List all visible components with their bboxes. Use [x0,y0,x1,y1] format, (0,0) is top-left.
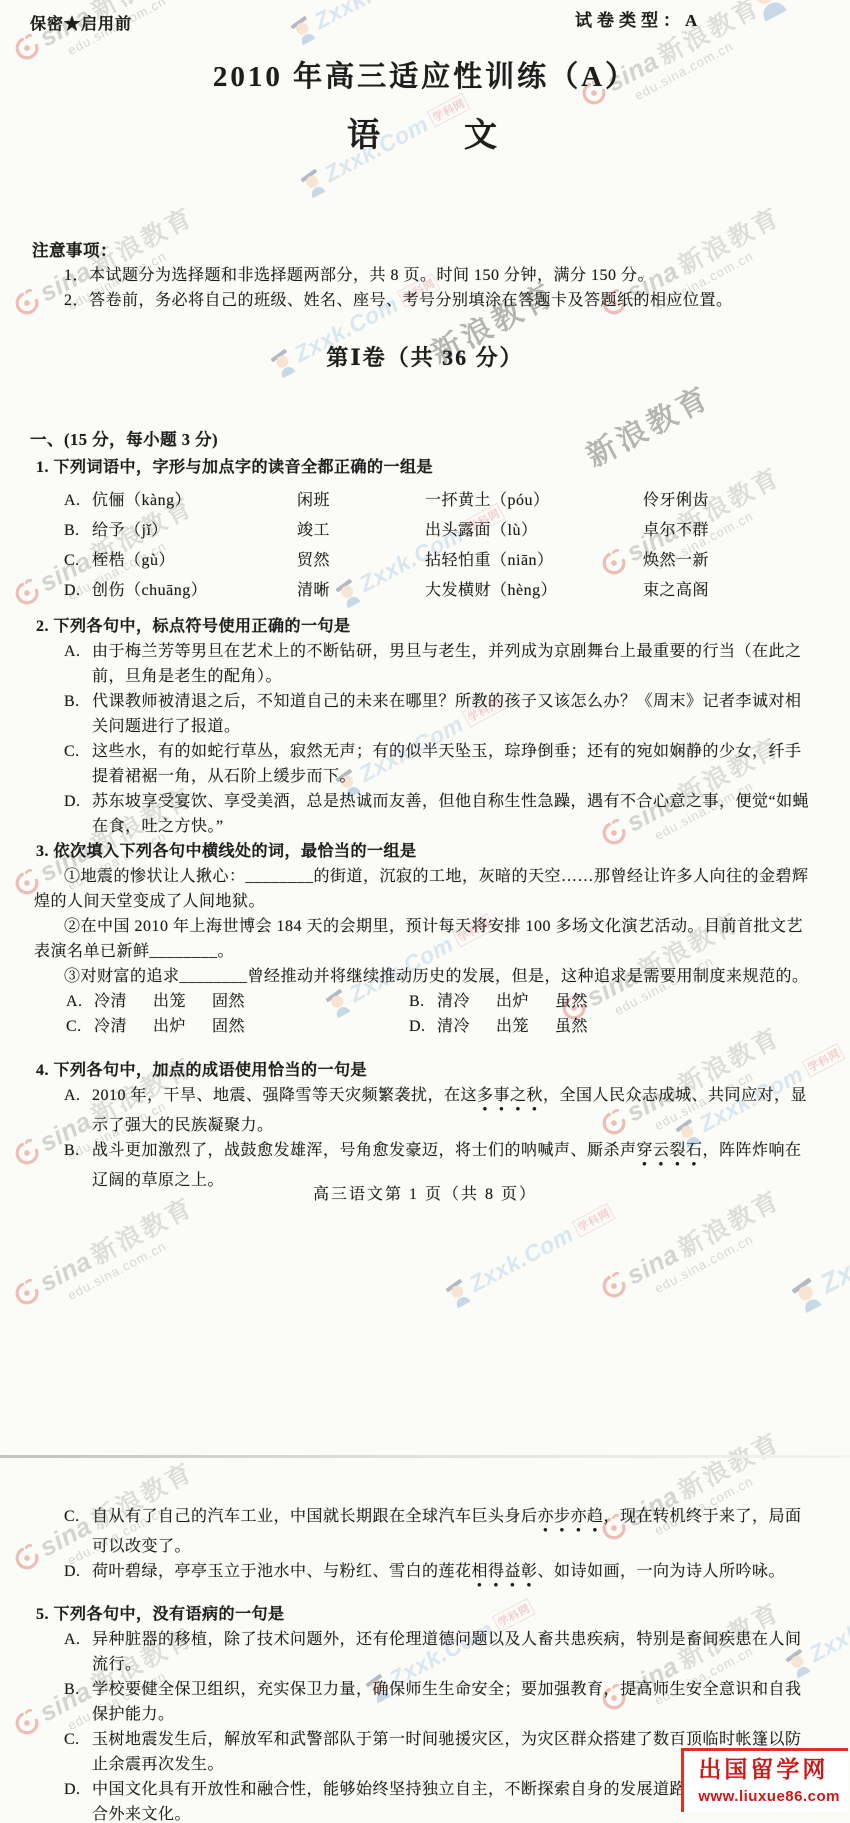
option-label: C. [64,739,92,764]
option-text: 荷叶碧绿，亭亭玉立于池水中、与粉红、雪白的莲花 [92,1563,472,1580]
page-1-footer: 高三语文第 1 页（共 8 页） [0,1182,850,1207]
option-words: 冷清出笼固然 [94,989,409,1014]
zxxk-brand-text: Zxxk.Com [465,1220,578,1297]
option-cell: 给予（jǐ） [92,516,297,546]
option-row: A.2010 年，干旱、地震、强降雪等天灾频繁袭扰，在这多事之秋，全国人民众志成… [64,1083,814,1138]
option-cell: 伉俪（kàng） [92,486,297,516]
emphasized-idiom: 相得益彰 [472,1563,538,1580]
option-label: B. [64,1138,92,1163]
question-5-stem: 5. 下列各句中，没有语病的一句是 [36,1602,814,1627]
option-label: C. [64,546,92,576]
option-text: 学校要健全保卫组织，充实保卫力量，确保师生生命安全；要加强教育，提高师生安全意识… [92,1681,802,1723]
option-text: 2010 年，干旱、地震、强降雪等天灾频繁袭扰，在这 [92,1087,477,1104]
option-cell: 出头露面（lù） [425,516,643,546]
paper-type-label: 试卷类型：A [575,8,702,33]
option-text: 异种脏器的移植，除了技术问题外，还有伦理道德问题以及人畜共患疾病，特别是畜间疾患… [92,1631,802,1673]
option-cell: 创伤（chuāng） [92,576,297,606]
exam-title: 2010 年高三适应性训练（A） [0,60,850,94]
sina-url-text: edu.sina.com.cn [65,1218,206,1303]
option-label: A. [64,1083,92,1108]
sina-cn-text: 新浪教育 [674,1429,785,1504]
zxxk-brand-text: Zxxk.Com [310,0,423,34]
sina-brand-text: sina [34,1246,96,1299]
question-1: 1. 下列词语中，字形与加点字的读音全都正确的一组是 A. 伉俪（kàng） 闲… [0,455,814,606]
option-row: B.学校要健全保卫组织，充实保卫力量，确保师生生命安全；要加强教育，提高师生安全… [64,1677,814,1727]
sina-url-text: edu.sina.com.cn [652,1211,793,1296]
question-2-stem: 2. 下列各句中，标点符号使用正确的一句是 [36,614,814,639]
option-row: B.代课教师被清退之后，不知道自己的未来在哪里？所教的孩子又该怎么办？《周末》记… [64,689,814,739]
question-3-stem: 3. 依次填入下列各句中横线处的词，最恰当的一组是 [36,839,814,864]
confidential-label: 保密★启用前 [30,12,132,37]
zxxk-watermark: Zxxk.Com 学科网 [285,0,464,48]
option-label: A. [66,989,94,1014]
sina-edu-watermark: sina 新浪教育 edu.sina.com.cn [8,1191,206,1326]
option-label: B. [64,1677,92,1702]
zxxk-cn-text: 学科网 [572,1203,616,1238]
option-text: 这些水，有的如蛇行草丛，寂然无声；有的似半天坠玉，琮琤倒垂；还有的宛如娴静的少女… [92,743,802,785]
emphasized-idiom: 多事之秋 [477,1087,543,1104]
option-label: A. [64,486,92,516]
option-label: C. [66,1014,94,1039]
option-word: 出笼 [153,989,186,1014]
option-word: 清冷 [437,989,470,1014]
exam-subject: 语 文 [0,124,850,149]
option-text: 自从有了自己的汽车工业，中国就长期跟在全球汽车巨头身后 [92,1508,538,1525]
sina-logo-icon [9,1275,44,1310]
option-cell: 桎梏（gù） [92,546,297,576]
option-cell: 清晰 [297,576,425,606]
option-word: 清冷 [437,1014,470,1039]
emphasized-idiom: 亦步亦趋 [538,1508,604,1525]
zxxk-mascot-icon [440,1274,475,1312]
option-cell: 拈轻怕重（niān） [425,546,643,576]
option-label: B. [64,516,92,546]
question-2: 2. 下列各句中，标点符号使用正确的一句是 A.由于梅兰芳等男旦在艺术上的不断钻… [0,614,814,839]
option-row: A.由于梅兰芳等男旦在艺术上的不断钻研，男旦与老生，并列成为京剧舞台上最重要的行… [64,639,814,689]
option-cell: 一抔黄土（póu） [425,486,643,516]
option-word: 固然 [212,989,245,1014]
option-row: A.异种脏器的移植，除了技术问题外，还有伦理道德问题以及人畜共患疾病，特别是畜间… [64,1627,814,1677]
question-3-clause-2: ②在中国 2010 年上海世博会 184 天的会期里，预计每天将安排 100 多… [34,914,814,964]
option-word: 冷清 [94,989,127,1014]
option-word: 虽然 [555,989,588,1014]
option-text: 代课教师被清退之后，不知道自己的未来在哪里？所教的孩子又该怎么办？《周末》记者李… [92,693,802,735]
zxxk-brand-text: Zxxk.Com [777,0,850,3]
option-label: D. [64,576,92,606]
liuxue86-branding: 出国留学网 www.liuxue86.com [681,1748,848,1812]
option-words: 冷清出炉固然 [94,1014,409,1039]
option-row: D.苏东坡享受宴饮、享受美酒，总是热诚而友善，但他自称生性急躁，遇有不合心意之事… [64,789,814,839]
option-word: 出笼 [496,1014,529,1039]
option-label: A. [64,1627,92,1652]
zxxk-brand-text: Zxxk.Com [814,1207,850,1300]
option-cell: 卓尔不群 [643,516,814,546]
option-cell: 伶牙俐齿 [643,486,814,516]
question-3-clause-1: ①地震的惨状让人揪心：________的街道，沉寂的工地，灰暗的天空……那曾经让… [34,864,814,914]
option-label: D. [64,1559,92,1584]
option-cell: 焕然一新 [643,546,814,576]
notice-item-1: 1．本试题分为选择题和非选择题两部分，共 8 页。时间 150 分钟，满分 15… [32,263,812,288]
option-words: 清冷出笼虽然 [437,1014,814,1039]
zxxk-mascot-icon [285,11,320,49]
option-row: C.这些水，有的如蛇行草丛，寂然无声；有的似半天坠玉，琮琤倒垂；还有的宛如娴静的… [64,739,814,789]
option-label: D. [409,1014,437,1039]
option-text: 战斗更加激烈了，战鼓愈发雄浑，号角愈发豪迈，将士们的呐喊声、厮杀声 [92,1142,637,1159]
option-word: 冷清 [94,1014,127,1039]
option-cell: 闲班 [297,486,425,516]
option-label: C. [64,1727,92,1752]
option-label: A. [64,639,92,664]
page-break-line [0,1455,850,1458]
question-1-stem: 1. 下列词语中，字形与加点字的读音全都正确的一组是 [36,455,814,480]
option-text: 、如诗如画，一向为诗人所吟咏。 [538,1563,786,1580]
option-label: D. [64,789,92,814]
option-cell: 贸然 [297,546,425,576]
option-label: C. [64,1504,92,1529]
zxxk-mascot-icon [295,164,330,202]
question-1-options: A. 伉俪（kàng） 闲班 一抔黄土（póu） 伶牙俐齿 B. 给予（jǐ） … [64,486,814,606]
option-text: 苏东坡享受宴饮、享受美酒，总是热诚而友善，但他自称生性急躁，遇有不合心意之事，便… [92,793,809,835]
question-4-stem: 4. 下列各句中，加点的成语使用恰当的一句是 [36,1058,814,1083]
liuxue86-site-name: 出国留学网 [698,1756,840,1784]
option-label: B. [409,989,437,1014]
option-label: B. [64,689,92,714]
notice-title: 注意事项： [32,238,812,263]
option-word: 出炉 [496,989,529,1014]
zxxk-watermark: Zxxk.Com 学科网 [440,1197,619,1311]
option-cell: 大发横财（hèng） [425,576,643,606]
question-4: 4. 下列各句中，加点的成语使用恰当的一句是 A.2010 年，干旱、地震、强降… [0,1058,814,1193]
notice-block: 注意事项： 1．本试题分为选择题和非选择题两部分，共 8 页。时间 150 分钟… [32,238,812,313]
question-3-options: A. 冷清出笼固然 B. 清冷出炉虽然 C. 冷清出炉固然 D. 清冷出笼虽然 [66,989,814,1039]
option-word: 出炉 [153,1014,186,1039]
option-text: 由于梅兰芳等男旦在艺术上的不断钻研，男旦与老生，并列成为京剧舞台上最重要的行当（… [92,643,802,685]
emphasized-idiom: 穿云裂石 [637,1142,703,1159]
option-word: 虽然 [555,1014,588,1039]
option-cell: 竣工 [297,516,425,546]
option-words: 清冷出炉虽然 [437,989,814,1014]
option-cell: 束之高阁 [643,576,814,606]
sina-logo-icon [596,1268,631,1303]
liuxue86-site-url: www.liuxue86.com [698,1784,840,1809]
volume-title: 第Ⅰ卷（共 36 分） [0,345,850,370]
question-4-continued: C.自从有了自己的汽车工业，中国就长期跟在全球汽车巨头身后亦步亦趋，现在转机终于… [0,1504,814,1589]
zxxk-mascot-icon [785,1271,827,1316]
sina-brand-text: sina [621,1239,683,1292]
zxxk-watermark: Zxxk.Com 学科网 [735,0,850,27]
notice-item-2: 2．答卷前，务必将自己的班级、姓名、座号、考号分别填涂在答题卡及答题纸的相应位置… [32,288,812,313]
question-3: 3. 依次填入下列各句中横线处的词，最恰当的一组是 ①地震的惨状让人揪心：___… [0,839,814,1039]
question-3-clause-3: ③对财富的追求________曾经推动并将继续推动历史的发展，但是，这种追求是需… [34,964,814,989]
zxxk-mascot-icon [735,0,795,27]
option-word: 固然 [212,1014,245,1039]
option-row: C.自从有了自己的汽车工业，中国就长期跟在全球汽车巨头身后亦步亦趋，现在转机终于… [64,1504,814,1559]
option-label: D. [64,1777,92,1802]
option-row: D.荷叶碧绿，亭亭玉立于池水中、与粉红、雪白的莲花相得益彰、如诗如画，一向为诗人… [64,1559,814,1589]
section-1-title: 一、(15 分，每小题 3 分) [30,427,218,452]
